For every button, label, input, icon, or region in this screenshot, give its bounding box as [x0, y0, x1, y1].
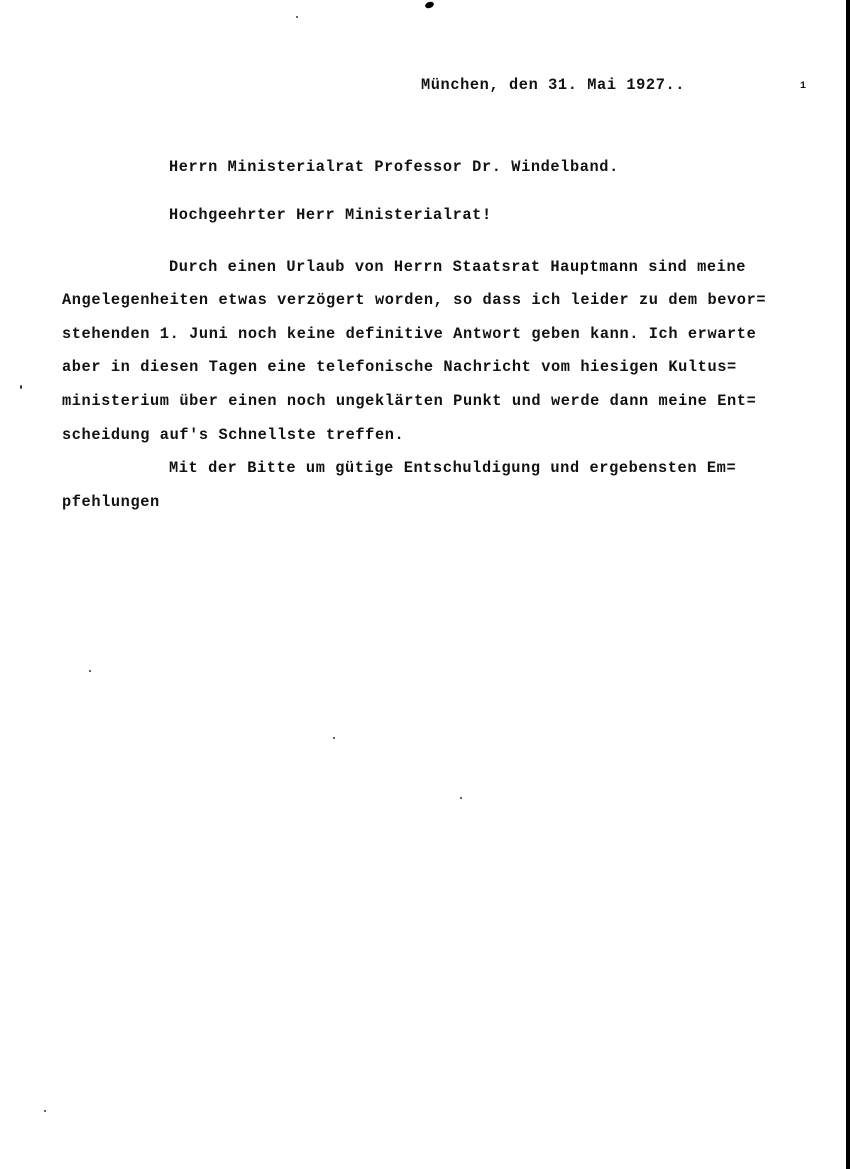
scan-speck [333, 737, 335, 739]
body-line: scheidung auf's Schnellste treffen. [62, 426, 404, 444]
page-mark: 1 [800, 78, 807, 96]
body-line: ministerium über einen noch ungeklärten … [62, 392, 756, 410]
closing-line: pfehlungen [62, 493, 160, 511]
scan-speck [44, 1110, 46, 1112]
body-line: aber in diesen Tagen eine telefonische N… [62, 358, 737, 376]
body-line: stehenden 1. Juni noch keine definitive … [62, 325, 756, 343]
scan-border [846, 0, 850, 1169]
scan-speck [20, 385, 22, 389]
body-line: Mit der Bitte um gütige Entschuldigung u… [169, 459, 736, 477]
recipient: Herrn Ministerialrat Professor Dr. Winde… [169, 158, 619, 176]
scan-speck [460, 797, 462, 799]
dateline: München, den 31. Mai 1927.. [421, 76, 685, 94]
scan-speck [296, 16, 298, 18]
body-line: Angelegenheiten etwas verzögert worden, … [62, 291, 766, 309]
salutation: Hochgeehrter Herr Ministerialrat! [169, 206, 492, 224]
ink-blot [424, 1, 435, 10]
scan-speck [89, 670, 91, 672]
letter-page: München, den 31. Mai 1927.. 1 Herrn Mini… [0, 0, 850, 1169]
body-line: Durch einen Urlaub von Herrn Staatsrat H… [169, 258, 746, 276]
